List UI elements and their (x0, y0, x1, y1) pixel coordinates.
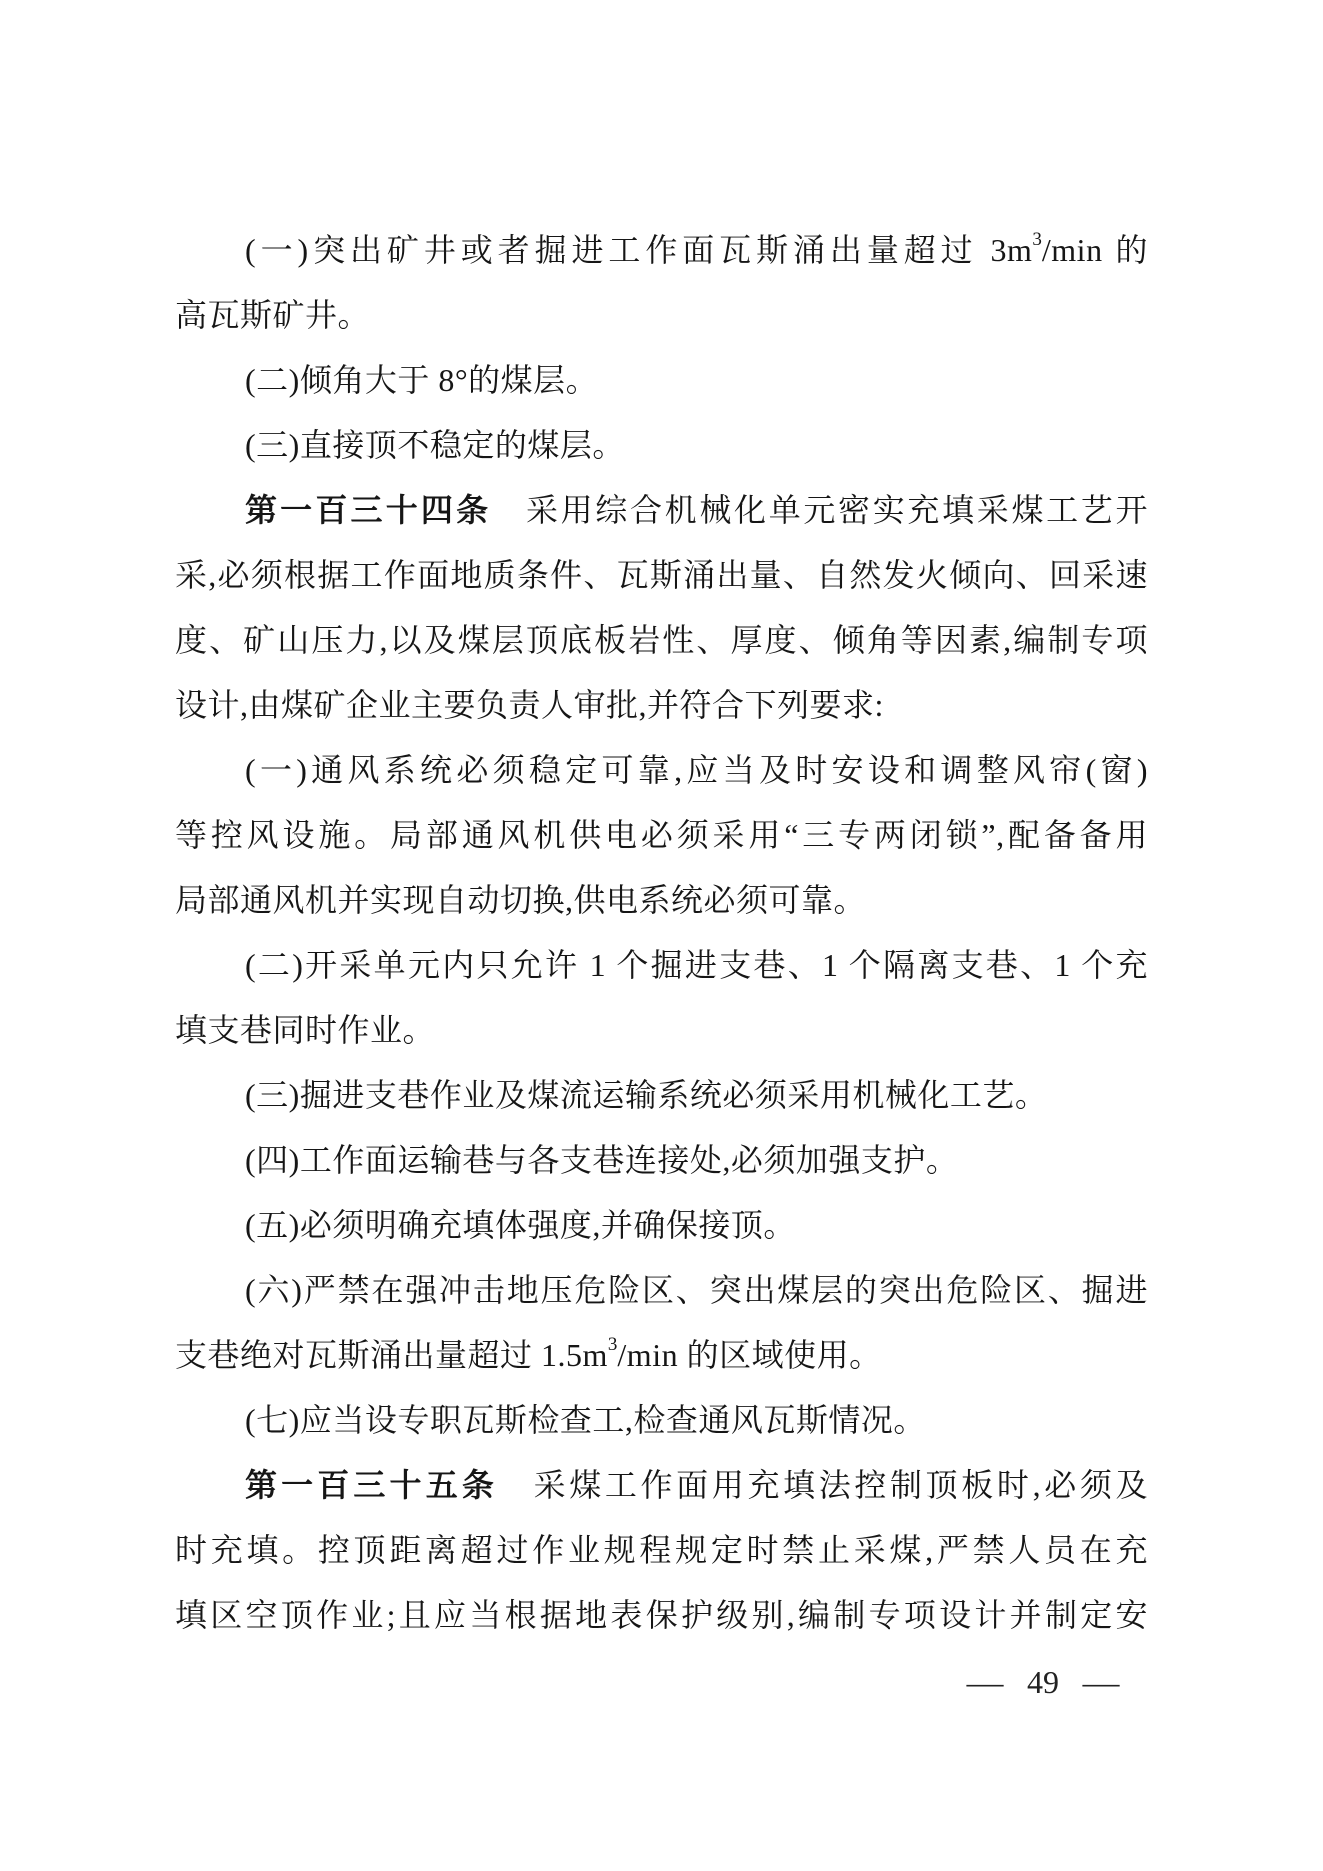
text-segment: (四)工作面运输巷与各支巷连接处,必须加强支护。 (245, 1142, 958, 1178)
text-line: 第一百三十四条 采用综合机械化单元密实充填采煤工艺开 (175, 478, 1148, 543)
text-segment: 填区空顶作业;且应当根据地表保护级别,编制专项设计并制定安 (175, 1597, 1148, 1633)
page-footer: — 49 — (969, 1662, 1117, 1702)
text-line: 时充填。控顶距离超过作业规程规定时禁止采煤,严禁人员在充 (175, 1518, 1148, 1583)
text-line: 采,必须根据工作面地质条件、瓦斯涌出量、自然发火倾向、回采速 (175, 543, 1148, 608)
text-line: 度、矿山压力,以及煤层顶底板岩性、厚度、倾角等因素,编制专项 (175, 608, 1148, 673)
text-segment: (二)倾角大于 8°的煤层。 (245, 362, 598, 398)
footer-dash-left: — (967, 1662, 1004, 1702)
text-segment: 采煤工作面用充填法控制顶板时,必须及 (498, 1467, 1148, 1503)
text-line: 第一百三十五条 采煤工作面用充填法控制顶板时,必须及 (175, 1453, 1148, 1518)
text-line: (三)直接顶不稳定的煤层。 (175, 413, 1148, 478)
text-line: (五)必须明确充填体强度,并确保接顶。 (175, 1193, 1148, 1258)
text-line: (二)开采单元内只允许 1 个掘进支巷、1 个隔离支巷、1 个充 (175, 933, 1148, 998)
text-line: (一)突出矿井或者掘进工作面瓦斯涌出量超过 3m3/min 的 (175, 218, 1148, 283)
text-segment: (五)必须明确充填体强度,并确保接顶。 (245, 1207, 796, 1243)
text-line: 填区空顶作业;且应当根据地表保护级别,编制专项设计并制定安 (175, 1583, 1148, 1648)
text-segment: (三)直接顶不稳定的煤层。 (245, 427, 625, 463)
text-segment: (一)突出矿井或者掘进工作面瓦斯涌出量超过 3m (245, 232, 1032, 268)
text-segment: 支巷绝对瓦斯涌出量超过 1.5m (175, 1337, 608, 1373)
text-segment: (六)严禁在强冲击地压危险区、突出煤层的突出危险区、掘进 (245, 1272, 1148, 1308)
text-line: 高瓦斯矿井。 (175, 283, 1148, 348)
text-line: (一)通风系统必须稳定可靠,应当及时安设和调整风帘(窗) (175, 738, 1148, 803)
text-segment: 填支巷同时作业。 (175, 1012, 435, 1048)
text-line: 设计,由煤矿企业主要负责人审批,并符合下列要求: (175, 673, 1148, 738)
article-number: 第一百三十四条 (245, 492, 491, 528)
footer-dash-right: — (1083, 1662, 1120, 1702)
page-number: 49 (1027, 1662, 1059, 1702)
text-segment: (七)应当设专职瓦斯检查工,检查通风瓦斯情况。 (245, 1402, 926, 1438)
text-block: (一)突出矿井或者掘进工作面瓦斯涌出量超过 3m3/min 的高瓦斯矿井。(二)… (175, 218, 1148, 1648)
text-line: 支巷绝对瓦斯涌出量超过 1.5m3/min 的区域使用。 (175, 1323, 1148, 1388)
text-segment: /min 的区域使用。 (617, 1337, 881, 1373)
text-segment: /min 的 (1042, 232, 1148, 268)
text-line: 等控风设施。局部通风机供电必须采用“三专两闭锁”,配备备用 (175, 803, 1148, 868)
text-segment: 时充填。控顶距离超过作业规程规定时禁止采煤,严禁人员在充 (175, 1532, 1148, 1568)
superscript: 3 (608, 1334, 618, 1355)
text-line: (四)工作面运输巷与各支巷连接处,必须加强支护。 (175, 1128, 1148, 1193)
text-line: (二)倾角大于 8°的煤层。 (175, 348, 1148, 413)
text-segment: 等控风设施。局部通风机供电必须采用“三专两闭锁”,配备备用 (175, 817, 1148, 853)
text-segment: 局部通风机并实现自动切换,供电系统必须可靠。 (175, 882, 866, 918)
superscript: 3 (1032, 229, 1042, 250)
text-line: 局部通风机并实现自动切换,供电系统必须可靠。 (175, 868, 1148, 933)
document-page: (一)突出矿井或者掘进工作面瓦斯涌出量超过 3m3/min 的高瓦斯矿井。(二)… (0, 0, 1323, 1871)
text-segment: 设计,由煤矿企业主要负责人审批,并符合下列要求: (175, 687, 884, 723)
article-number: 第一百三十五条 (245, 1467, 498, 1503)
text-line: (三)掘进支巷作业及煤流运输系统必须采用机械化工艺。 (175, 1063, 1148, 1128)
text-segment: (一)通风系统必须稳定可靠,应当及时安设和调整风帘(窗) (245, 752, 1148, 788)
text-segment: (三)掘进支巷作业及煤流运输系统必须采用机械化工艺。 (245, 1077, 1047, 1113)
text-line: 填支巷同时作业。 (175, 998, 1148, 1063)
text-line: (七)应当设专职瓦斯检查工,检查通风瓦斯情况。 (175, 1388, 1148, 1453)
text-segment: 度、矿山压力,以及煤层顶底板岩性、厚度、倾角等因素,编制专项 (175, 622, 1148, 658)
text-segment: 采用综合机械化单元密实充填采煤工艺开 (491, 492, 1148, 528)
text-segment: 采,必须根据工作面地质条件、瓦斯涌出量、自然发火倾向、回采速 (175, 557, 1148, 593)
text-segment: (二)开采单元内只允许 1 个掘进支巷、1 个隔离支巷、1 个充 (245, 947, 1148, 983)
text-segment: 高瓦斯矿井。 (175, 297, 370, 333)
text-line: (六)严禁在强冲击地压危险区、突出煤层的突出危险区、掘进 (175, 1258, 1148, 1323)
